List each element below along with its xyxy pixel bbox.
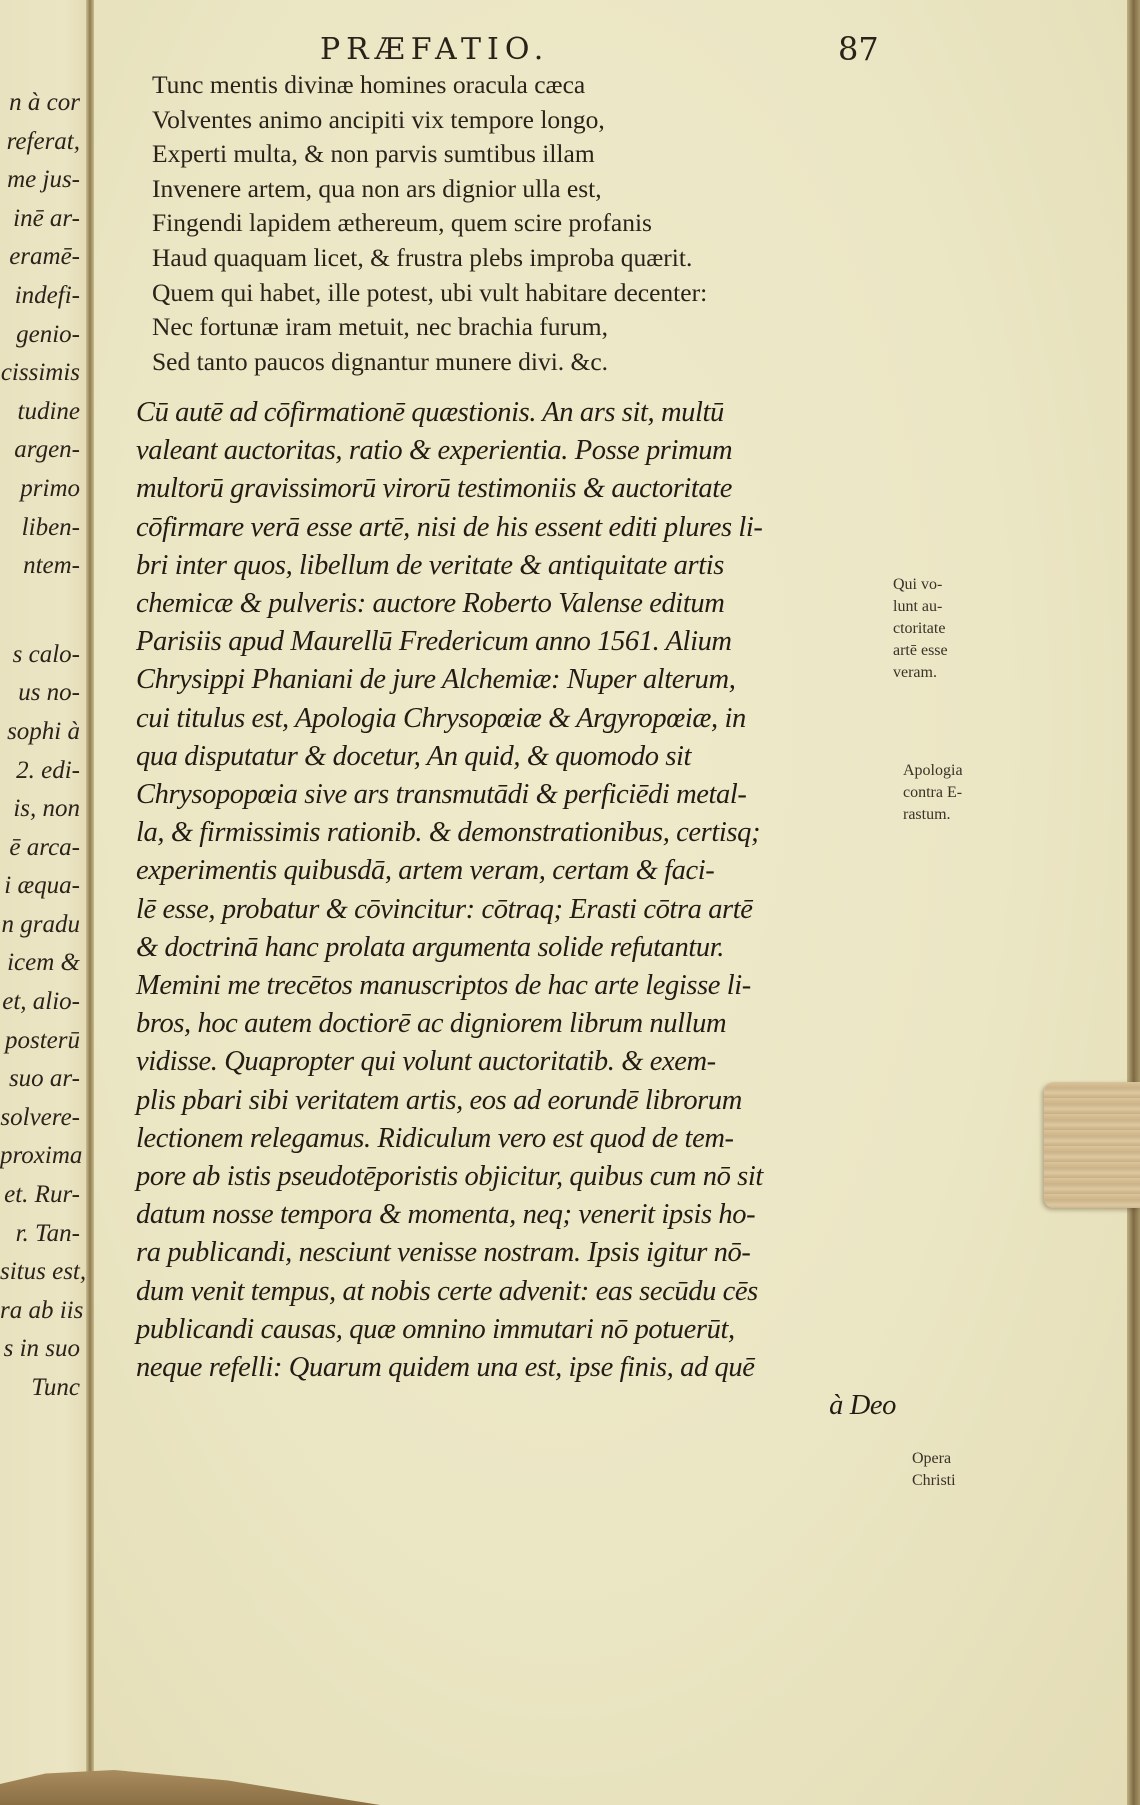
prose-line: & doctrinā hanc prolata argumenta solide… bbox=[136, 929, 896, 967]
running-head: PRÆFATIO. bbox=[320, 32, 549, 67]
verse-line: Sed tanto paucos dignantur munere divi. … bbox=[152, 345, 892, 380]
left-fragment: us no- bbox=[0, 674, 86, 713]
prose-line: datum nosse tempora & momenta, neq; vene… bbox=[136, 1196, 896, 1234]
margin-note-line: Opera bbox=[912, 1448, 956, 1470]
margin-note-line: Apologia bbox=[903, 760, 963, 782]
prose-line: experimentis quibusdā, artem veram, cert… bbox=[136, 852, 896, 890]
wooden-page-clip bbox=[1044, 1082, 1140, 1208]
left-fragment: s calo- bbox=[0, 636, 86, 675]
left-fragment: suo ar- bbox=[0, 1060, 86, 1099]
page-edge bbox=[1127, 0, 1140, 1805]
left-fragment: ntem- bbox=[0, 547, 86, 586]
left-fragment: ē arca- bbox=[0, 829, 86, 868]
left-fragment: r. Tan- bbox=[0, 1215, 86, 1254]
prose-line: ra publicandi, nesciunt venisse nostram.… bbox=[136, 1234, 896, 1272]
prose-line: neque refelli: Quarum quidem una est, ip… bbox=[136, 1349, 896, 1387]
gutter-fold bbox=[86, 0, 94, 1805]
prose-line: cui titulus est, Apologia Chrysopœiæ & A… bbox=[136, 700, 896, 738]
verse-block: Tunc mentis divinæ homines oracula cæca … bbox=[152, 68, 892, 379]
prose-line: bros, hoc autem doctiorē ac digniorem li… bbox=[136, 1005, 896, 1043]
verse-line: Volventes animo ancipiti vix tempore lon… bbox=[152, 103, 892, 138]
left-page-text-fragments: n à cor referat, me jus- inē ar- eramē- … bbox=[0, 84, 86, 1408]
margin-note-authority: Qui vo- lunt au- ctoritate artē esse ver… bbox=[893, 574, 948, 684]
verse-line: Fingendi lapidem æthereum, quem scire pr… bbox=[152, 206, 892, 241]
left-fragment: primo bbox=[0, 470, 86, 509]
left-fragment: me jus- bbox=[0, 161, 86, 200]
prose-line: Memini me trecētos manuscriptos de hac a… bbox=[136, 967, 896, 1005]
verse-line: Nec fortunæ iram metuit, nec brachia fur… bbox=[152, 310, 892, 345]
margin-note-line: contra E- bbox=[903, 782, 963, 804]
catchword: à Deo bbox=[136, 1387, 896, 1425]
prose-line: valeant auctoritas, ratio & experientia.… bbox=[136, 432, 896, 470]
margin-note-line: ctoritate bbox=[893, 618, 948, 640]
left-fragment: genio- bbox=[0, 316, 86, 355]
prose-line: cōfirmare verā esse artē, nisi de his es… bbox=[136, 509, 896, 547]
prose-line: publicandi causas, quæ omnino immutari n… bbox=[136, 1311, 896, 1349]
verse-line: Experti multa, & non parvis sumtibus ill… bbox=[152, 137, 892, 172]
prose-line: bri inter quos, libellum de veritate & a… bbox=[136, 547, 896, 585]
verse-line: Invenere artem, qua non ars dignior ulla… bbox=[152, 172, 892, 207]
prose-line: dum venit tempus, at nobis certe advenit… bbox=[136, 1273, 896, 1311]
prose-line: qua disputatur & docetur, An quid, & quo… bbox=[136, 738, 896, 776]
prose-line: plis pbari sibi veritatem artis, eos ad … bbox=[136, 1082, 896, 1120]
left-fragment: ra ab iis bbox=[0, 1292, 86, 1331]
left-fragment: tudine bbox=[0, 393, 86, 432]
left-fragment: et. Rur- bbox=[0, 1176, 86, 1215]
page-number: 87 bbox=[838, 30, 879, 68]
prose-line: lectionem relegamus. Ridiculum vero est … bbox=[136, 1120, 896, 1158]
verse-line: Quem qui habet, ille potest, ubi vult ha… bbox=[152, 276, 892, 311]
margin-note-line: Qui vo- bbox=[893, 574, 948, 596]
left-fragment: 2. edi- bbox=[0, 752, 86, 791]
margin-note-line: veram. bbox=[893, 662, 948, 684]
left-fragment: indefi- bbox=[0, 277, 86, 316]
prose-line: Chrysopopœia sive ars transmutādi & perf… bbox=[136, 776, 896, 814]
left-fragment: Tunc bbox=[0, 1369, 86, 1408]
left-fragment: icem & bbox=[0, 944, 86, 983]
prose-line: Parisiis apud Maurellū Fredericum anno 1… bbox=[136, 623, 896, 661]
prose-line: pore ab istis pseudotēporistis objicitur… bbox=[136, 1158, 896, 1196]
left-fragment: is, non bbox=[0, 790, 86, 829]
left-fragment: et, alio- bbox=[0, 983, 86, 1022]
left-page: n à cor referat, me jus- inē ar- eramē- … bbox=[0, 0, 92, 1805]
prose-line: lē esse, probatur & cōvincitur: cōtraq; … bbox=[136, 891, 896, 929]
margin-note-line: rastum. bbox=[903, 804, 963, 826]
verse-line: Tunc mentis divinæ homines oracula cæca bbox=[152, 68, 892, 103]
left-fragment: s in suo bbox=[0, 1330, 86, 1369]
left-fragment: sophi à bbox=[0, 713, 86, 752]
prose-paragraph: Cū autē ad cōfirmationē quæstionis. An a… bbox=[136, 394, 896, 1425]
left-fragment: cissimis bbox=[0, 354, 86, 393]
left-fragment: i æqua- bbox=[0, 867, 86, 906]
margin-note-line: Christi bbox=[912, 1470, 956, 1492]
prose-line: Cū autē ad cōfirmationē quæstionis. An a… bbox=[136, 394, 896, 432]
prose-line: chemicæ & pulveris: auctore Roberto Vale… bbox=[136, 585, 896, 623]
prose-line: Chrysippi Phaniani de jure Alchemiæ: Nup… bbox=[136, 661, 896, 699]
left-fragment: argen- bbox=[0, 431, 86, 470]
prose-line: vidisse. Quapropter qui volunt auctorita… bbox=[136, 1043, 896, 1081]
left-fragment: proxima bbox=[0, 1137, 86, 1176]
left-fragment: solvere- bbox=[0, 1099, 86, 1138]
left-fragment: situs est, bbox=[0, 1253, 86, 1292]
left-fragment: liben- bbox=[0, 509, 86, 548]
left-fragment: referat, bbox=[0, 123, 86, 162]
verse-line: Haud quaquam licet, & frustra plebs impr… bbox=[152, 241, 892, 276]
margin-note-opera: Opera Christi bbox=[912, 1448, 956, 1492]
left-fragment: inē ar- bbox=[0, 200, 86, 239]
left-fragment: n à cor bbox=[0, 84, 86, 123]
left-fragment: n gradu bbox=[0, 906, 86, 945]
left-fragment: posterū bbox=[0, 1022, 86, 1061]
left-fragment: eramē- bbox=[0, 238, 86, 277]
margin-note-line: artē esse bbox=[893, 640, 948, 662]
margin-note-apologia: Apologia contra E- rastum. bbox=[903, 760, 963, 826]
prose-line: multorū gravissimorū virorū testimoniis … bbox=[136, 470, 896, 508]
prose-line: la, & firmissimis rationib. & demonstrat… bbox=[136, 814, 896, 852]
paragraph-gap bbox=[0, 586, 86, 636]
margin-note-line: lunt au- bbox=[893, 596, 948, 618]
